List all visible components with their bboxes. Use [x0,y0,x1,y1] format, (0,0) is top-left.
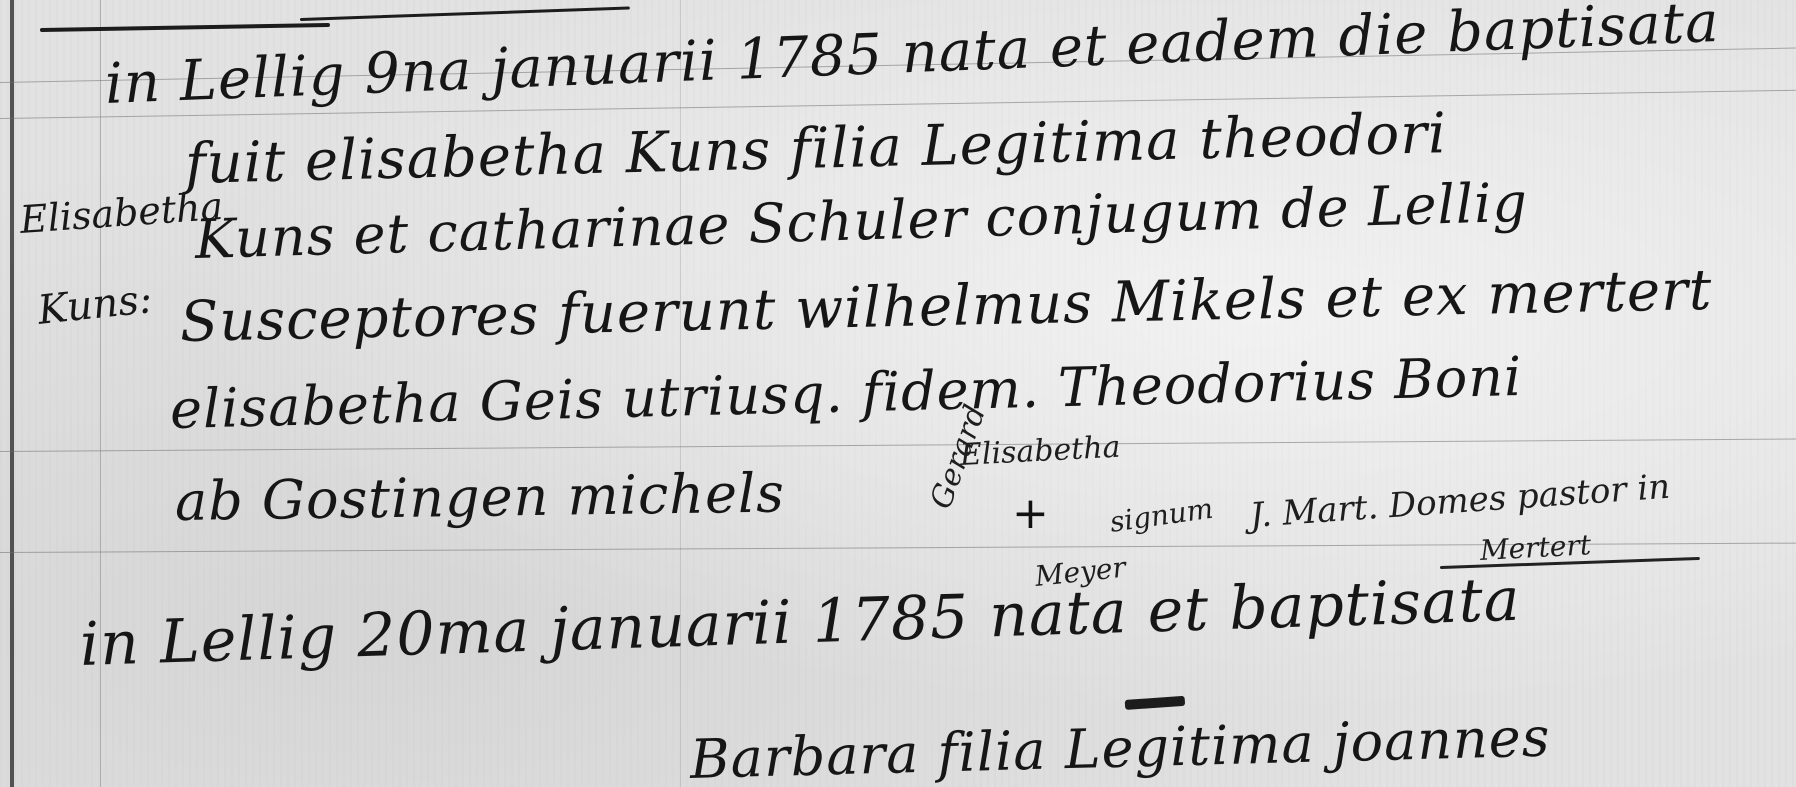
pastor-signature: J. Mart. Domes pastor in [1249,467,1672,536]
signum-label: signum [1108,492,1215,539]
ink-strikethrough [1125,696,1186,710]
signature-cross-mark: + [1012,488,1049,539]
ruled-line [0,438,1796,452]
entry-2-line-2: Barbara filia Legitima joannes [689,705,1551,787]
entry-1-line-4: Susceptores fuerunt wilhelmus Mikels et … [179,258,1713,355]
entry-separator-stroke [40,23,330,32]
margin-name-surname: Kuns: [36,276,155,334]
entry-separator-stroke [300,6,630,21]
entry-2-line-1: in Lellig 20ma januarii 1785 nata et bap… [79,565,1522,680]
entry-1-line-6: ab Gostingen michels [175,461,786,533]
entry-1-line-5: elisabetha Geis utriusq. fidem. Theodori… [169,345,1523,441]
register-page-scan: Elisabetha Kuns: in Lellig 9na januarii … [0,0,1796,787]
